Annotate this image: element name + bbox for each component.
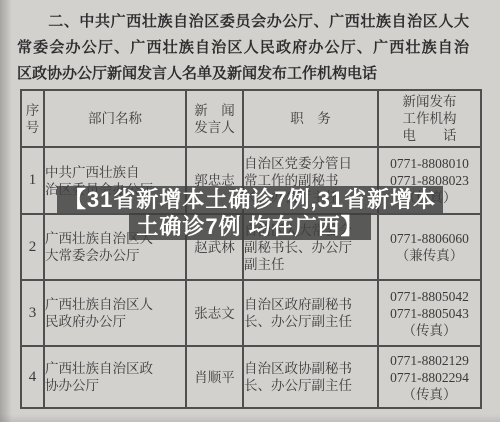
row-spokesperson: 郭忠志 <box>186 147 243 214</box>
header-index: 序 号 <box>21 90 44 147</box>
row-phone: 0771-8802129 0771-8802294 （传真） <box>378 346 481 408</box>
table-row: 1 中共广西壮族自 治区委员会办公厅 郭忠志 自治区党委分管日 常工作的副秘书 … <box>21 147 481 214</box>
row-spokesperson: 赵武林 <box>186 214 243 280</box>
table-row: 2 广西壮族自治区人 大常委会办公厅 赵武林 自治区人大常委会 副秘书长、办公厅… <box>21 214 481 280</box>
table-row: 4 广西壮族自治区政 协办公厅 肖顺平 自治区政协副秘书 长、办公厅副主任 07… <box>21 346 481 408</box>
title-line-2: 常委会办公厅、广西壮族自治区人民政府办公厅、广西壮族自治 <box>17 35 469 61</box>
row-phone: 0771-8806060 （兼传真） <box>378 214 481 280</box>
table-row: 3 广西壮族自治区人 民政府办公厅 张志文 自治区政府副秘书 长、办公厅副主任 … <box>21 280 481 346</box>
table-header-row: 序 号 部门名称 新 闻 发言人 职 务 新闻发布 工作机构 电 话 <box>21 90 481 147</box>
row-department: 广西壮族自治区人 大常委会办公厅 <box>44 214 186 280</box>
row-index: 2 <box>21 214 44 280</box>
document-photo: 二、中共广西壮族自治区委员会办公厅、广西壮族自治区人大 常委会办公厅、广西壮族自… <box>0 0 500 422</box>
row-index: 1 <box>21 147 44 214</box>
row-spokesperson: 肖顺平 <box>186 346 243 408</box>
row-phone: 0771-8805042 0771-8805043 （传真） <box>378 280 481 346</box>
row-index: 3 <box>21 280 44 346</box>
row-department: 广西壮族自治区人 民政府办公厅 <box>44 280 186 346</box>
title-line-3: 区政协办公厅新闻发言人名单及新闻发布工作机构电话 <box>17 61 469 87</box>
row-phone: 0771-8808010 0771-8808023 （传真） <box>378 147 481 214</box>
document-title: 二、中共广西壮族自治区委员会办公厅、广西壮族自治区人大 常委会办公厅、广西壮族自… <box>17 9 469 87</box>
row-duty: 自治区党委分管日 常工作的副秘书 长、办公厅主任 <box>243 147 378 214</box>
row-spokesperson: 张志文 <box>186 280 243 346</box>
row-duty: 自治区政府副秘书 长、办公厅副主任 <box>243 280 378 346</box>
row-duty: 自治区人大常委会 副秘书长、办公厅 副主任 <box>243 214 378 280</box>
row-duty: 自治区政协副秘书 长、办公厅副主任 <box>243 346 378 408</box>
row-index: 4 <box>21 346 44 408</box>
photo-left-shade <box>0 0 12 422</box>
header-spokesperson: 新 闻 发言人 <box>186 90 243 147</box>
photo-bottom-shade <box>0 414 500 422</box>
header-duty: 职 务 <box>243 90 378 147</box>
title-line-1: 二、中共广西壮族自治区委员会办公厅、广西壮族自治区人大 <box>17 9 469 35</box>
row-department: 中共广西壮族自 治区委员会办公厅 <box>44 147 186 214</box>
header-department: 部门名称 <box>44 90 186 147</box>
header-phone: 新闻发布 工作机构 电 话 <box>378 90 481 147</box>
row-department: 广西壮族自治区政 协办公厅 <box>44 346 186 408</box>
spokesperson-table: 序 号 部门名称 新 闻 发言人 职 务 新闻发布 工作机构 电 话 1 中共广… <box>20 89 482 409</box>
